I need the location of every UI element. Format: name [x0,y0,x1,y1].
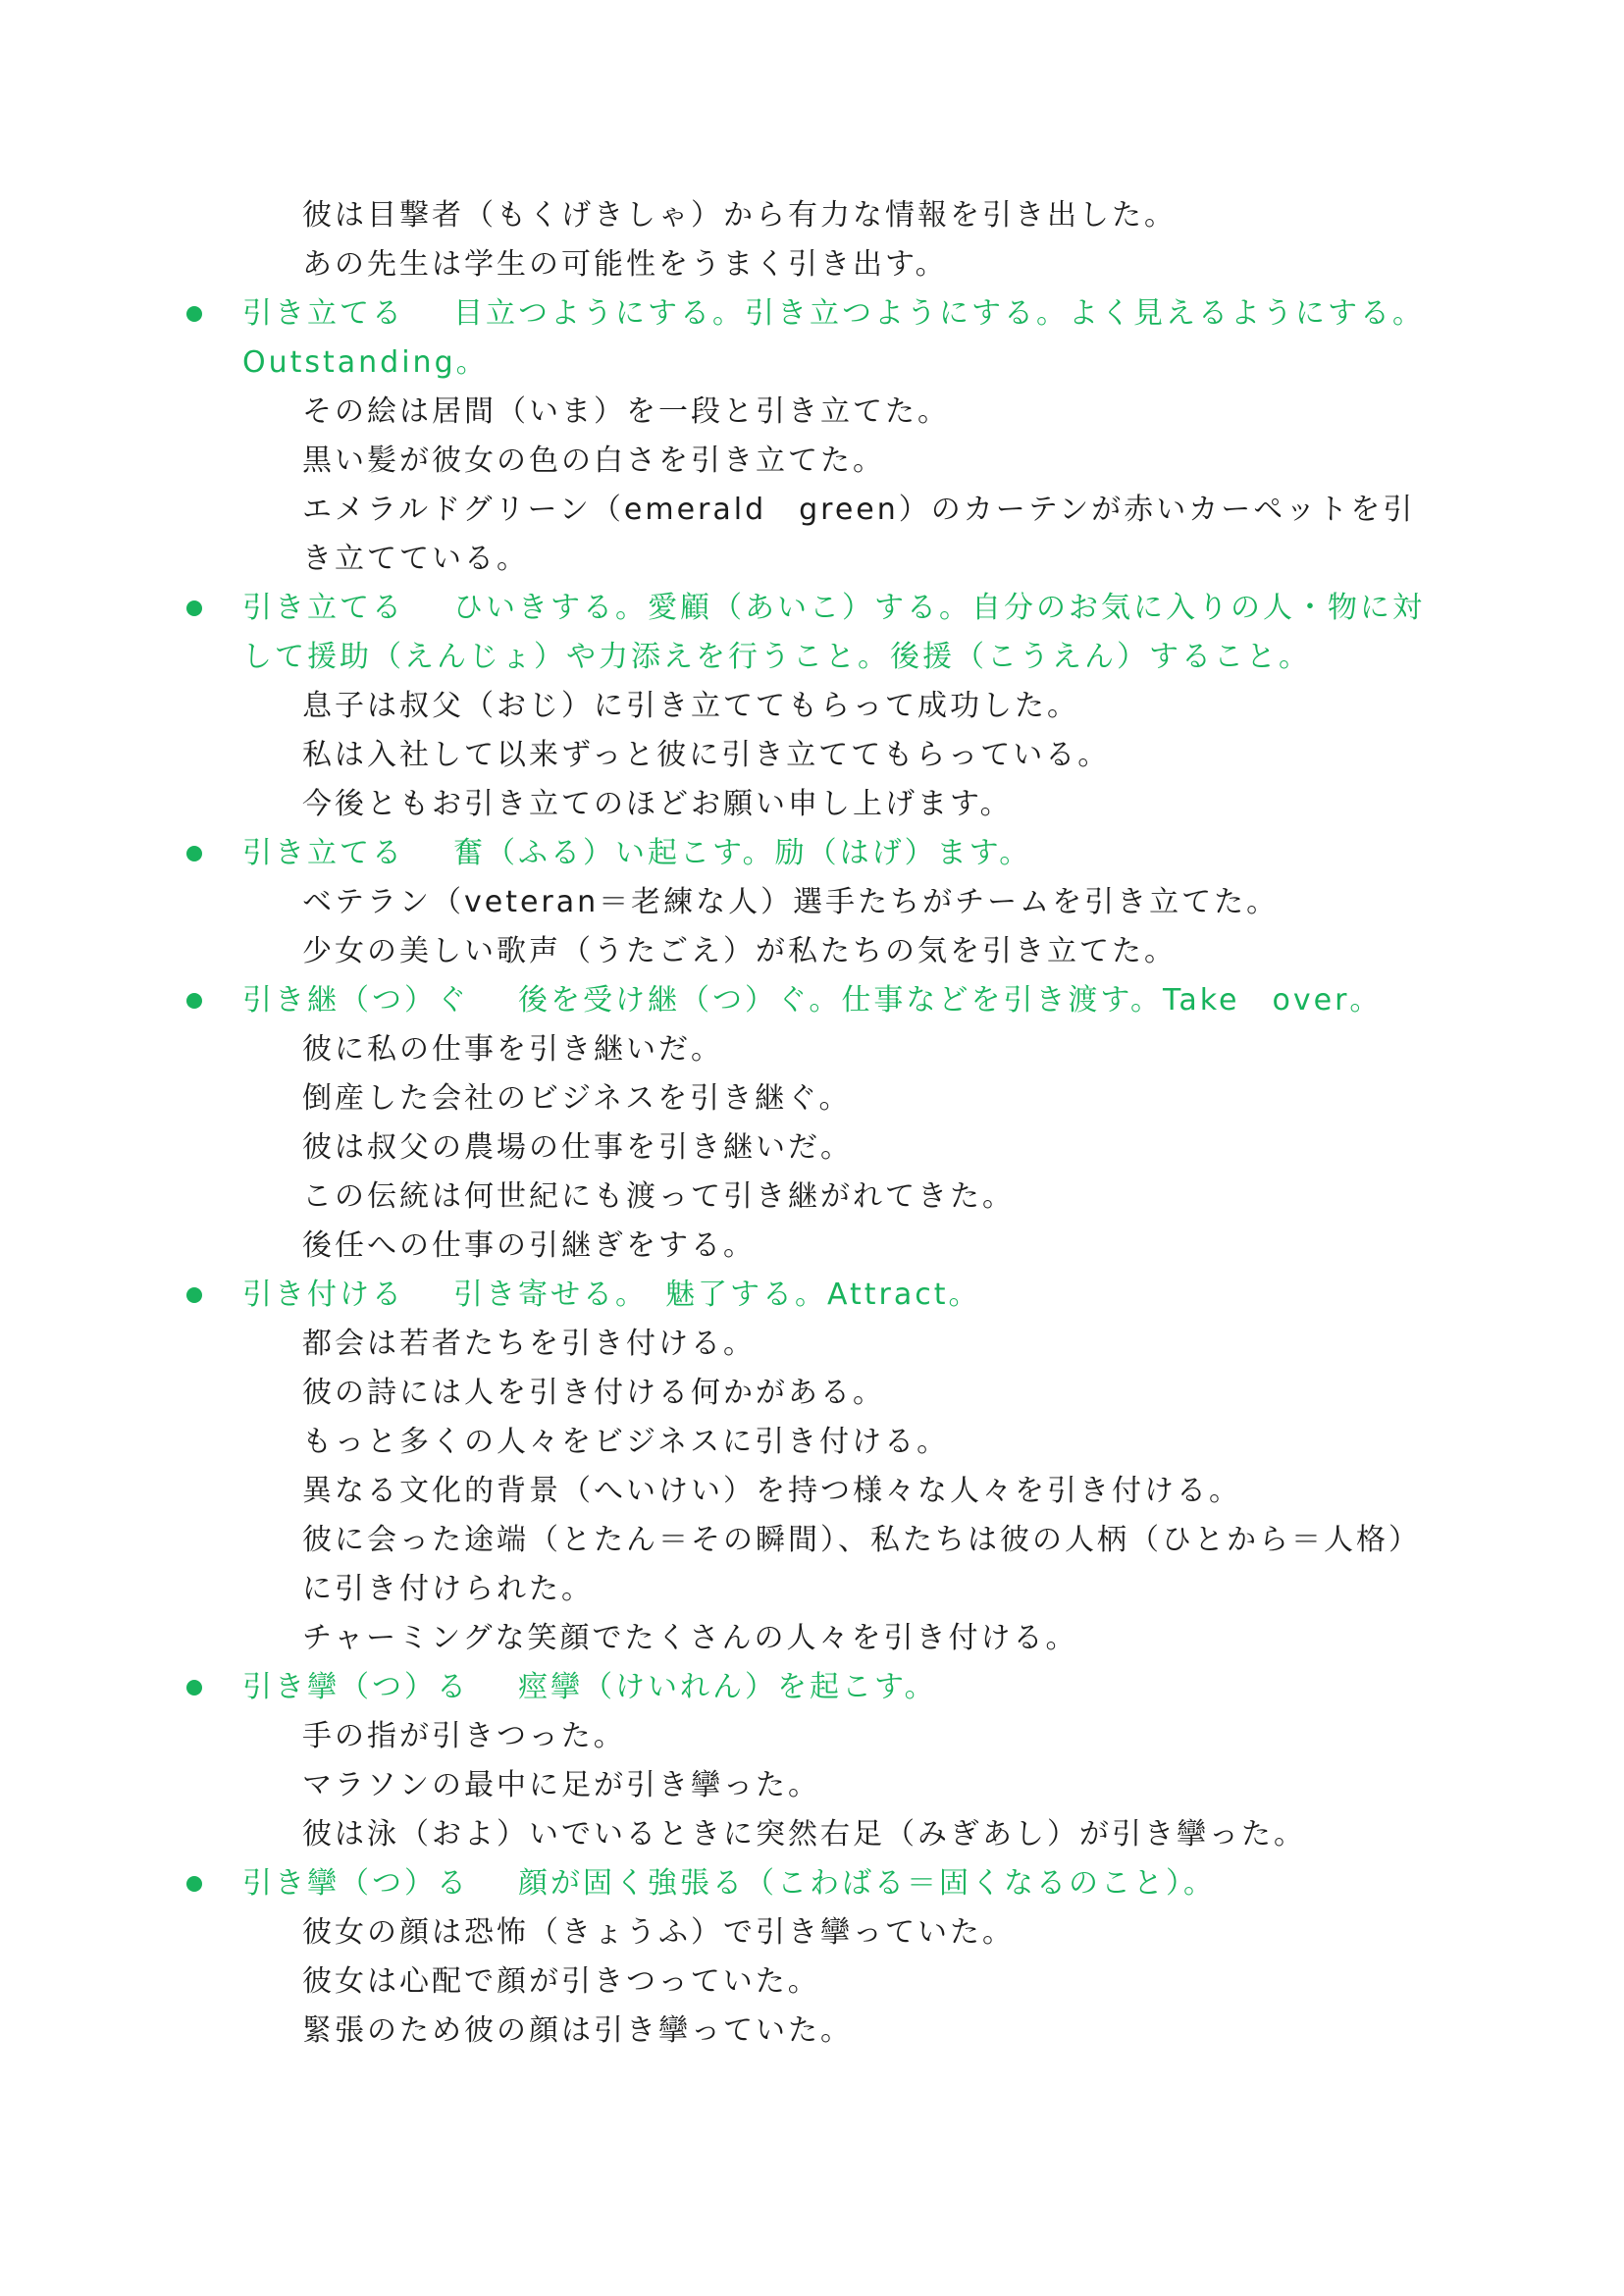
vocabulary-section: 引き継（つ）ぐ後を受け継（つ）ぐ。仕事などを引き渡す。Take over。彼に私… [242,976,1438,1271]
bullet-icon [186,846,202,861]
example-sentence: この伝統は何世紀にも渡って引き継がれてきた。 [302,1173,1438,1222]
example-sentence: 彼女の顔は恐怖（きょうふ）で引き攣っていた。 [302,1908,1438,1957]
term-label: 引き継（つ）ぐ [242,983,469,1018]
term-label: 引き立てる [242,296,404,331]
example-sentence: 都会は若者たちを引き付ける。 [302,1320,1438,1369]
example-sentence: もっと多くの人々をビジネスに引き付ける。 [302,1418,1438,1467]
example-sentence: 彼は叔父の農場の仕事を引き継いだ。 [302,1123,1438,1173]
term-definition-gap [404,616,453,617]
term-definition-gap [404,861,453,862]
vocabulary-section: 引き立てる奮（ふる）い起こす。励（はげ）ます。ベテラン（veteran＝老練な人… [242,829,1438,976]
example-sentence: あの先生は学生の可能性をうまく引き出す。 [302,240,1438,289]
vocabulary-section: 引き付ける引き寄せる。 魅了する。Attract。都会は若者たちを引き付ける。彼… [242,1271,1438,1663]
definition-label: 顔が固く強張る（こわばる＝固くなるのこと）。 [518,1866,1216,1901]
example-sentence: 異なる文化的背景（へいけい）を持つ様々な人々を引き付ける。 [302,1467,1438,1516]
example-sentence: チャーミングな笑顔でたくさんの人々を引き付ける。 [302,1614,1438,1663]
term-label: 引き付ける [242,1278,404,1312]
term-definition-gap [469,1696,518,1696]
vocabulary-list: 彼は目撃者（もくげきしゃ）から有力な情報を引き出した。あの先生は学生の可能性をう… [242,191,1438,2056]
term-label: 引き立てる [242,591,404,625]
vocabulary-section: 引き立てるひいきする。愛顧（あいこ）する。自分のお気に入りの人・物に対して援助（… [242,584,1438,829]
example-sentence: 緊張のため彼の顔は引き攣っていた。 [302,2007,1438,2056]
example-sentence: マラソンの最中に足が引き攣った。 [302,1761,1438,1810]
term-heading: 引き立てるひいきする。愛顧（あいこ）する。自分のお気に入りの人・物に対して援助（… [242,584,1438,682]
bullet-icon [186,1287,202,1303]
vocabulary-section: 引き立てる目立つようにする。引き立つようにする。よく見えるようにする。Outst… [242,289,1438,584]
example-sentence: 彼女は心配で顔が引きつっていた。 [302,1957,1438,2007]
term-definition-gap [404,1303,453,1304]
term-definition-gap [404,322,453,323]
definition-label: 痙攣（けいれん）を起こす。 [518,1670,937,1704]
example-sentence: 黒い髪が彼女の色の白さを引き立てた。 [302,437,1438,486]
term-heading: 引き継（つ）ぐ後を受け継（つ）ぐ。仕事などを引き渡す。Take over。 [242,976,1438,1025]
term-label: 引き立てる [242,836,404,870]
vocabulary-section: 引き攣（つ）る痙攣（けいれん）を起こす。手の指が引きつった。マラソンの最中に足が… [242,1663,1438,1859]
example-sentence: 手の指が引きつった。 [302,1712,1438,1761]
example-sentence: 私は入社して以来ずっと彼に引き立ててもらっている。 [302,731,1438,780]
term-heading: 引き立てる目立つようにする。引き立つようにする。よく見えるようにする。Outst… [242,289,1438,388]
vocabulary-section: 引き攣（つ）る顔が固く強張る（こわばる＝固くなるのこと）。彼女の顔は恐怖（きょう… [242,1859,1438,2056]
bullet-icon [186,993,202,1009]
example-sentence: その絵は居間（いま）を一段と引き立てた。 [302,388,1438,437]
term-heading: 引き立てる奮（ふる）い起こす。励（はげ）ます。 [242,829,1438,878]
example-sentence: 彼に会った途端（とたん＝その瞬間）、私たちは彼の人柄（ひとから＝人格）に引き付け… [302,1516,1438,1614]
bullet-icon [186,1876,202,1892]
example-sentence: 彼に私の仕事を引き継いだ。 [302,1025,1438,1074]
definition-label: 引き寄せる。 魅了する。Attract。 [453,1278,981,1312]
intro-examples: 彼は目撃者（もくげきしゃ）から有力な情報を引き出した。あの先生は学生の可能性をう… [242,191,1438,289]
bullet-icon [186,306,202,322]
bullet-icon [186,600,202,616]
definition-label: 奮（ふる）い起こす。励（はげ）ます。 [453,836,1031,870]
document-page: 彼は目撃者（もくげきしゃ）から有力な情報を引き出した。あの先生は学生の可能性をう… [0,0,1624,2296]
term-definition-gap [469,1892,518,1893]
bullet-icon [186,1680,202,1696]
term-heading: 引き攣（つ）る痙攣（けいれん）を起こす。 [242,1663,1438,1712]
term-label: 引き攣（つ）る [242,1866,469,1901]
term-heading: 引き付ける引き寄せる。 魅了する。Attract。 [242,1271,1438,1320]
example-sentence: 彼は泳（およ）いでいるときに突然右足（みぎあし）が引き攣った。 [302,1810,1438,1859]
example-sentence: エメラルドグリーン（emerald green）のカーテンが赤いカーペットを引き… [302,486,1438,584]
example-sentence: 彼の詩には人を引き付ける何かがある。 [302,1369,1438,1418]
term-label: 引き攣（つ）る [242,1670,469,1704]
term-heading: 引き攣（つ）る顔が固く強張る（こわばる＝固くなるのこと）。 [242,1859,1438,1908]
example-sentence: 今後ともお引き立てのほどお願い申し上げます。 [302,780,1438,829]
example-sentence: 少女の美しい歌声（うたごえ）が私たちの気を引き立てた。 [302,927,1438,976]
definition-label: ひいきする。愛顧（あいこ）する。自分のお気に入りの人・物に対して援助（えんじょ）… [242,591,1425,674]
example-sentence: 息子は叔父（おじ）に引き立ててもらって成功した。 [302,682,1438,731]
example-sentence: ベテラン（veteran＝老練な人）選手たちがチームを引き立てた。 [302,878,1438,927]
definition-label: 後を受け継（つ）ぐ。仕事などを引き渡す。Take over。 [518,983,1382,1018]
term-definition-gap [469,1009,518,1010]
example-sentence: 倒産した会社のビジネスを引き継ぐ。 [302,1074,1438,1123]
example-sentence: 後任への仕事の引継ぎをする。 [302,1222,1438,1271]
example-sentence: 彼は目撃者（もくげきしゃ）から有力な情報を引き出した。 [302,191,1438,240]
definition-label: 目立つようにする。引き立つようにする。よく見えるようにする。Outstandin… [242,296,1425,380]
